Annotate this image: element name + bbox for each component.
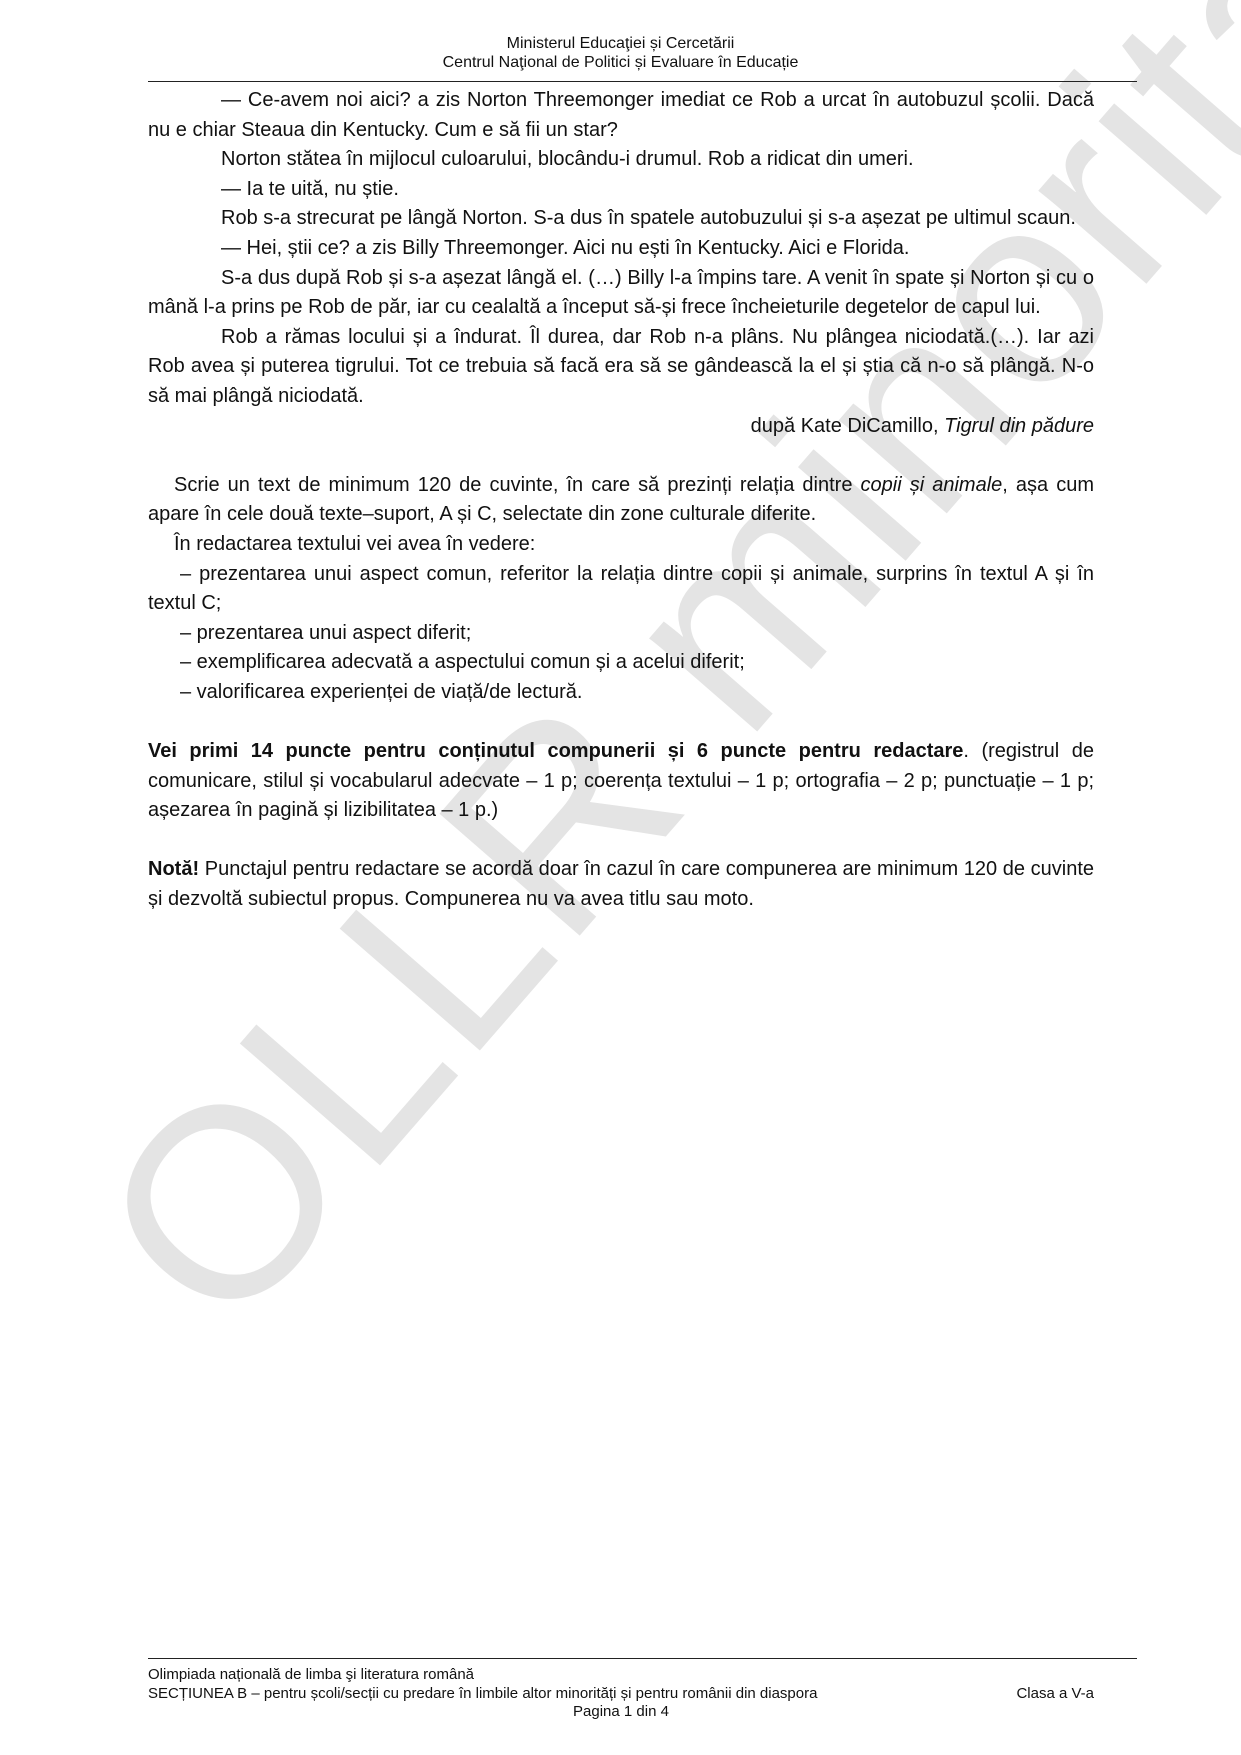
note-label: Notă! [148, 858, 199, 880]
source-title: Tigrul din pădure [944, 415, 1094, 437]
task-intro: Scrie un text de minimum 120 de cuvinte,… [148, 471, 1094, 530]
excerpt-paragraph: — Ia te uită, nu știe. [148, 175, 1094, 205]
scoring-bold: Vei primi 14 puncte pentru conținutul co… [148, 740, 963, 762]
source-author: după Kate DiCamillo, [751, 415, 944, 437]
task-intro-emphasis: copii și animale [861, 474, 1003, 496]
excerpt-paragraph: — Hei, știi ce? a zis Billy Threemonger.… [148, 234, 1094, 264]
excerpt-paragraph: Rob a rămas locului și a îndurat. Îl dur… [148, 323, 1094, 412]
header-center: Centrul Naţional de Politici și Evaluare… [0, 53, 1241, 72]
page-number: Pagina 1 din 4 [148, 1703, 1094, 1722]
excerpt-source: după Kate DiCamillo, Tigrul din pădure [148, 412, 1094, 442]
scoring-info: Vei primi 14 puncte pentru conținutul co… [148, 737, 1094, 826]
footer-divider [148, 1658, 1137, 1659]
requirement-item: – valorificarea experienței de viață/de … [148, 678, 1094, 708]
excerpt-paragraph: Norton stătea în mijlocul culoarului, bl… [148, 145, 1094, 175]
header-divider [148, 81, 1137, 82]
task-intro-text: Scrie un text de minimum 120 de cuvinte,… [174, 474, 861, 496]
requirements-title: În redactarea textului vei avea în veder… [148, 530, 1094, 560]
requirement-item: – exemplificarea adecvată a aspectului c… [148, 648, 1094, 678]
page-footer: Olimpiada națională de limba şi literatu… [148, 1666, 1094, 1722]
header-ministry: Ministerul Educaţiei și Cercetării [0, 34, 1241, 53]
document-body: — Ce-avem noi aici? a zis Norton Threemo… [148, 86, 1094, 915]
note: Notă! Punctajul pentru redactare se acor… [148, 855, 1094, 914]
requirement-item: – prezentarea unui aspect diferit; [148, 619, 1094, 649]
footer-class: Clasa a V-a [1016, 1685, 1094, 1704]
excerpt-paragraph: Rob s-a strecurat pe lângă Norton. S-a d… [148, 204, 1094, 234]
note-text: Punctajul pentru redactare se acordă doa… [148, 858, 1094, 910]
requirement-item: – prezentarea unui aspect comun, referit… [148, 560, 1094, 619]
excerpt-paragraph: S-a dus după Rob și s-a așezat lângă el.… [148, 264, 1094, 323]
footer-section: SECȚIUNEA B – pentru școli/secții cu pre… [148, 1685, 817, 1704]
footer-olympiad: Olimpiada națională de limba şi literatu… [148, 1666, 1094, 1685]
excerpt-paragraph: — Ce-avem noi aici? a zis Norton Threemo… [148, 86, 1094, 145]
page-header: Ministerul Educaţiei și Cercetării Centr… [0, 34, 1241, 72]
